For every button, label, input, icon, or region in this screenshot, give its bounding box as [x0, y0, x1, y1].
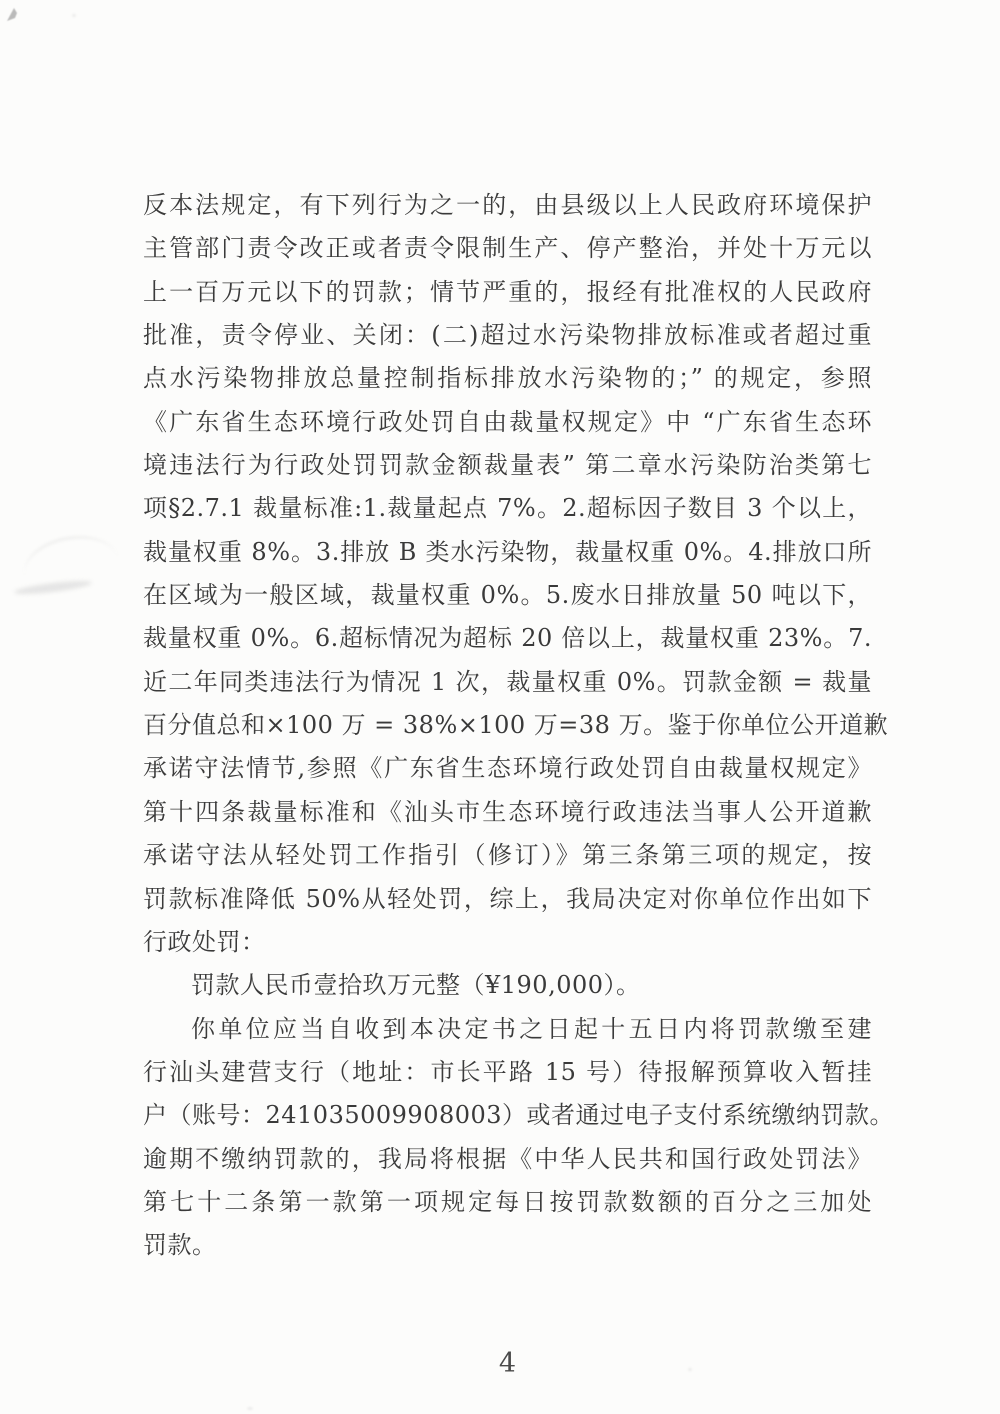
text-line: 境违法行为行政处罚罚款金额裁量表” 第二章水污染防治类第七 [143, 444, 872, 487]
text-line: 反本法规定，有下列行为之一的，由县级以上人民政府环境保护 [143, 184, 872, 227]
text-line: 点水污染物排放总量控制指标排放水污染物的；” 的规定，参照 [143, 357, 872, 400]
text-line: 罚款标准降低 50%从轻处罚，综上，我局决定对你单位作出如下 [143, 878, 872, 921]
text-line: 承诺守法情节,参照《广东省生态环境行政处罚自由裁量权规定》 [143, 747, 872, 790]
document-body: 反本法规定，有下列行为之一的，由县级以上人民政府环境保护 主管部门责令改正或者责… [143, 184, 872, 1268]
text-line: 行汕头建营支行（地址：市长平路 15 号）待报解预算收入暂挂 [143, 1051, 872, 1094]
page-number: 4 [143, 1348, 872, 1379]
text-line: 上一百万元以下的罚款；情节严重的，报经有批准权的人民政府 [143, 271, 872, 314]
text-line: 在区域为一般区域，裁量权重 0%。5.废水日排放量 50 吨以下， [143, 574, 872, 617]
text-line: 项§2.7.1 裁量标准:1.裁量起点 7%。2.超标因子数目 3 个以上， [143, 487, 872, 530]
text-line: 罚款。 [143, 1224, 872, 1267]
document-page: 反本法规定，有下列行为之一的，由县级以上人民政府环境保护 主管部门责令改正或者责… [0, 0, 1000, 1414]
text-line-account-number: 户（账号：241035009908003）或者通过电子支付系统缴纳罚款。 [143, 1094, 872, 1137]
text-line: 裁量权重 0%。6.超标情况为超标 20 倍以上，裁量权重 23%。7. [143, 617, 872, 660]
scan-smudge-arc [18, 526, 125, 607]
text-line: 主管部门责令改正或者责令限制生产、停产整治，并处十万元以 [143, 227, 872, 270]
scan-speck [72, 14, 76, 17]
text-line: 百分值总和×100 万 = 38%×100 万=38 万。鉴于你单位公开道歉 [143, 704, 872, 747]
text-line: 批准，责令停业、关闭：(二)超过水污染物排放标准或者超过重 [143, 314, 872, 357]
text-line: 裁量权重 8%。3.排放 B 类水污染物，裁量权重 0%。4.排放口所 [143, 531, 872, 574]
text-line: 近二年同类违法行为情况 1 次，裁量权重 0%。罚款金额 = 裁量 [143, 661, 872, 704]
scan-speck [247, 1407, 253, 1410]
text-line: 承诺守法从轻处罚工作指引（修订）》第三条第三项的规定，按 [143, 834, 872, 877]
text-line-penalty-heading: 行政处罚： [143, 921, 872, 964]
scan-smudge-blob [14, 578, 93, 596]
text-line: 第十四条裁量标准和《汕头市生态环境行政违法当事人公开道歉 [143, 791, 872, 834]
text-line: 第七十二条第一款第一项规定每日按罚款数额的百分之三加处 [143, 1181, 872, 1224]
text-line: 你单位应当自收到本决定书之日起十五日内将罚款缴至建 [143, 1008, 872, 1051]
text-line-penalty-amount: 罚款人民币壹拾玖万元整（¥190,000）。 [143, 964, 872, 1007]
scan-smudge-left-margin [6, 535, 136, 615]
scan-mark-topleft [5, 5, 21, 25]
text-line: 《广东省生态环境行政处罚自由裁量权规定》中 “广东省生态环 [143, 401, 872, 444]
text-line: 逾期不缴纳罚款的，我局将根据《中华人民共和国行政处罚法》 [143, 1138, 872, 1181]
